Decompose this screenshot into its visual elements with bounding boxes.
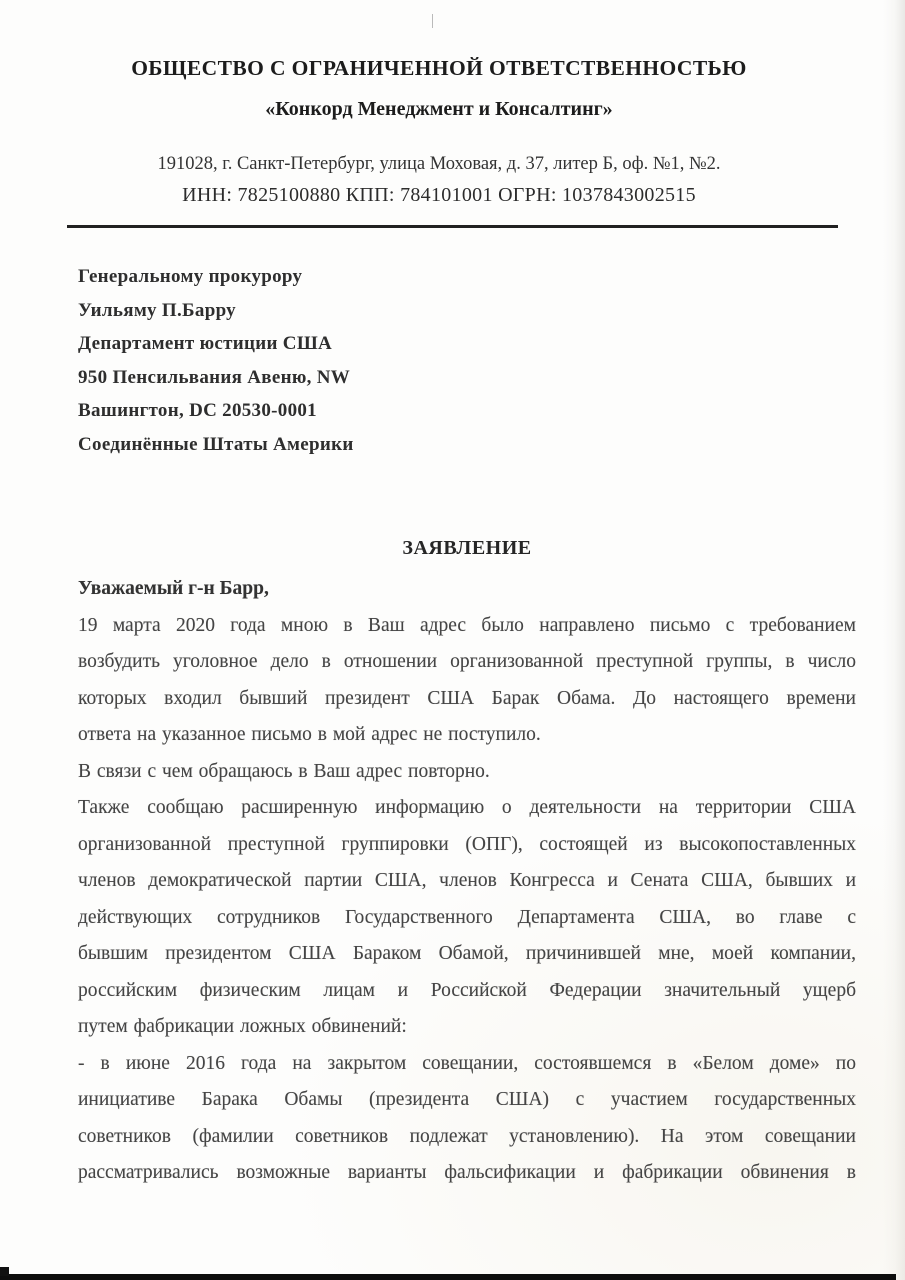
scan-scratch-mark: [432, 14, 433, 28]
salutation-line: Уважаемый г-н Барр,: [78, 571, 856, 608]
recipient-line: Соединённые Штаты Америки: [78, 428, 578, 462]
postal-address-line: 191028, г. Санкт-Петербург, улица Мохова…: [58, 154, 820, 175]
body-line: советников (фамилии советников подлежат …: [78, 1119, 856, 1156]
body-line: инициативе Барака Обамы (президента США)…: [78, 1082, 856, 1119]
recipient-line: Департамент юстиции США: [78, 327, 578, 361]
recipient-line: Уильяму П.Барру: [78, 294, 578, 328]
recipient-line: 950 Пенсильвания Авеню, NW: [78, 361, 578, 395]
body-line: которых входил бывший президент США Бара…: [78, 681, 856, 718]
letterhead-divider: [67, 225, 838, 228]
body-line: путем фабрикации ложных обвинений:: [78, 1009, 856, 1046]
letter-body: Уважаемый г-н Барр, 19 марта 2020 года м…: [78, 571, 856, 1192]
body-line: 19 марта 2020 года мною в Ваш адрес было…: [78, 608, 856, 645]
recipient-line: Вашингтон, DC 20530-0001: [78, 394, 578, 428]
registration-numbers-line: ИНН: 7825100880 КПП: 784101001 ОГРН: 103…: [58, 184, 820, 207]
statement-title: ЗАЯВЛЕНИЕ: [78, 537, 856, 560]
scan-corner-mark-artifact: [0, 1267, 9, 1276]
scanned-letter-page: ОБЩЕСТВО С ОГРАНИЧЕННОЙ ОТВЕТСТВЕННОСТЬЮ…: [0, 0, 905, 1280]
body-line: бывшим президентом США Бараком Обамой, п…: [78, 936, 856, 973]
body-line: российским физическим лицам и Российской…: [78, 973, 856, 1010]
body-line: членов демократической партии США, члено…: [78, 863, 856, 900]
org-type-line: ОБЩЕСТВО С ОГРАНИЧЕННОЙ ОТВЕТСТВЕННОСТЬЮ: [58, 56, 820, 81]
body-line: - в июне 2016 года на закрытом совещании…: [78, 1046, 856, 1083]
body-line: Также сообщаю расширенную информацию о д…: [78, 790, 856, 827]
body-line: действующих сотрудников Государственного…: [78, 900, 856, 937]
org-name-line: «Конкорд Менеджмент и Консалтинг»: [58, 98, 820, 121]
recipient-line: Генеральному прокурору: [78, 260, 578, 294]
letterhead: ОБЩЕСТВО С ОГРАНИЧЕННОЙ ОТВЕТСТВЕННОСТЬЮ…: [58, 56, 820, 207]
body-line: организованной преступной группировки (О…: [78, 827, 856, 864]
recipient-address-block: Генеральному прокуроруУильяму П.БарруДеп…: [78, 260, 578, 461]
body-line: В связи с чем обращаюсь в Ваш адрес повт…: [78, 754, 856, 791]
scan-bottom-bar-artifact: [0, 1274, 896, 1280]
body-line: рассматривались возможные варианты фальс…: [78, 1155, 856, 1192]
body-line: возбудить уголовное дело в отношении орг…: [78, 644, 856, 681]
body-line: ответа на указанное письмо в мой адрес н…: [78, 717, 856, 754]
body-paragraphs: 19 марта 2020 года мною в Ваш адрес было…: [78, 608, 856, 1192]
